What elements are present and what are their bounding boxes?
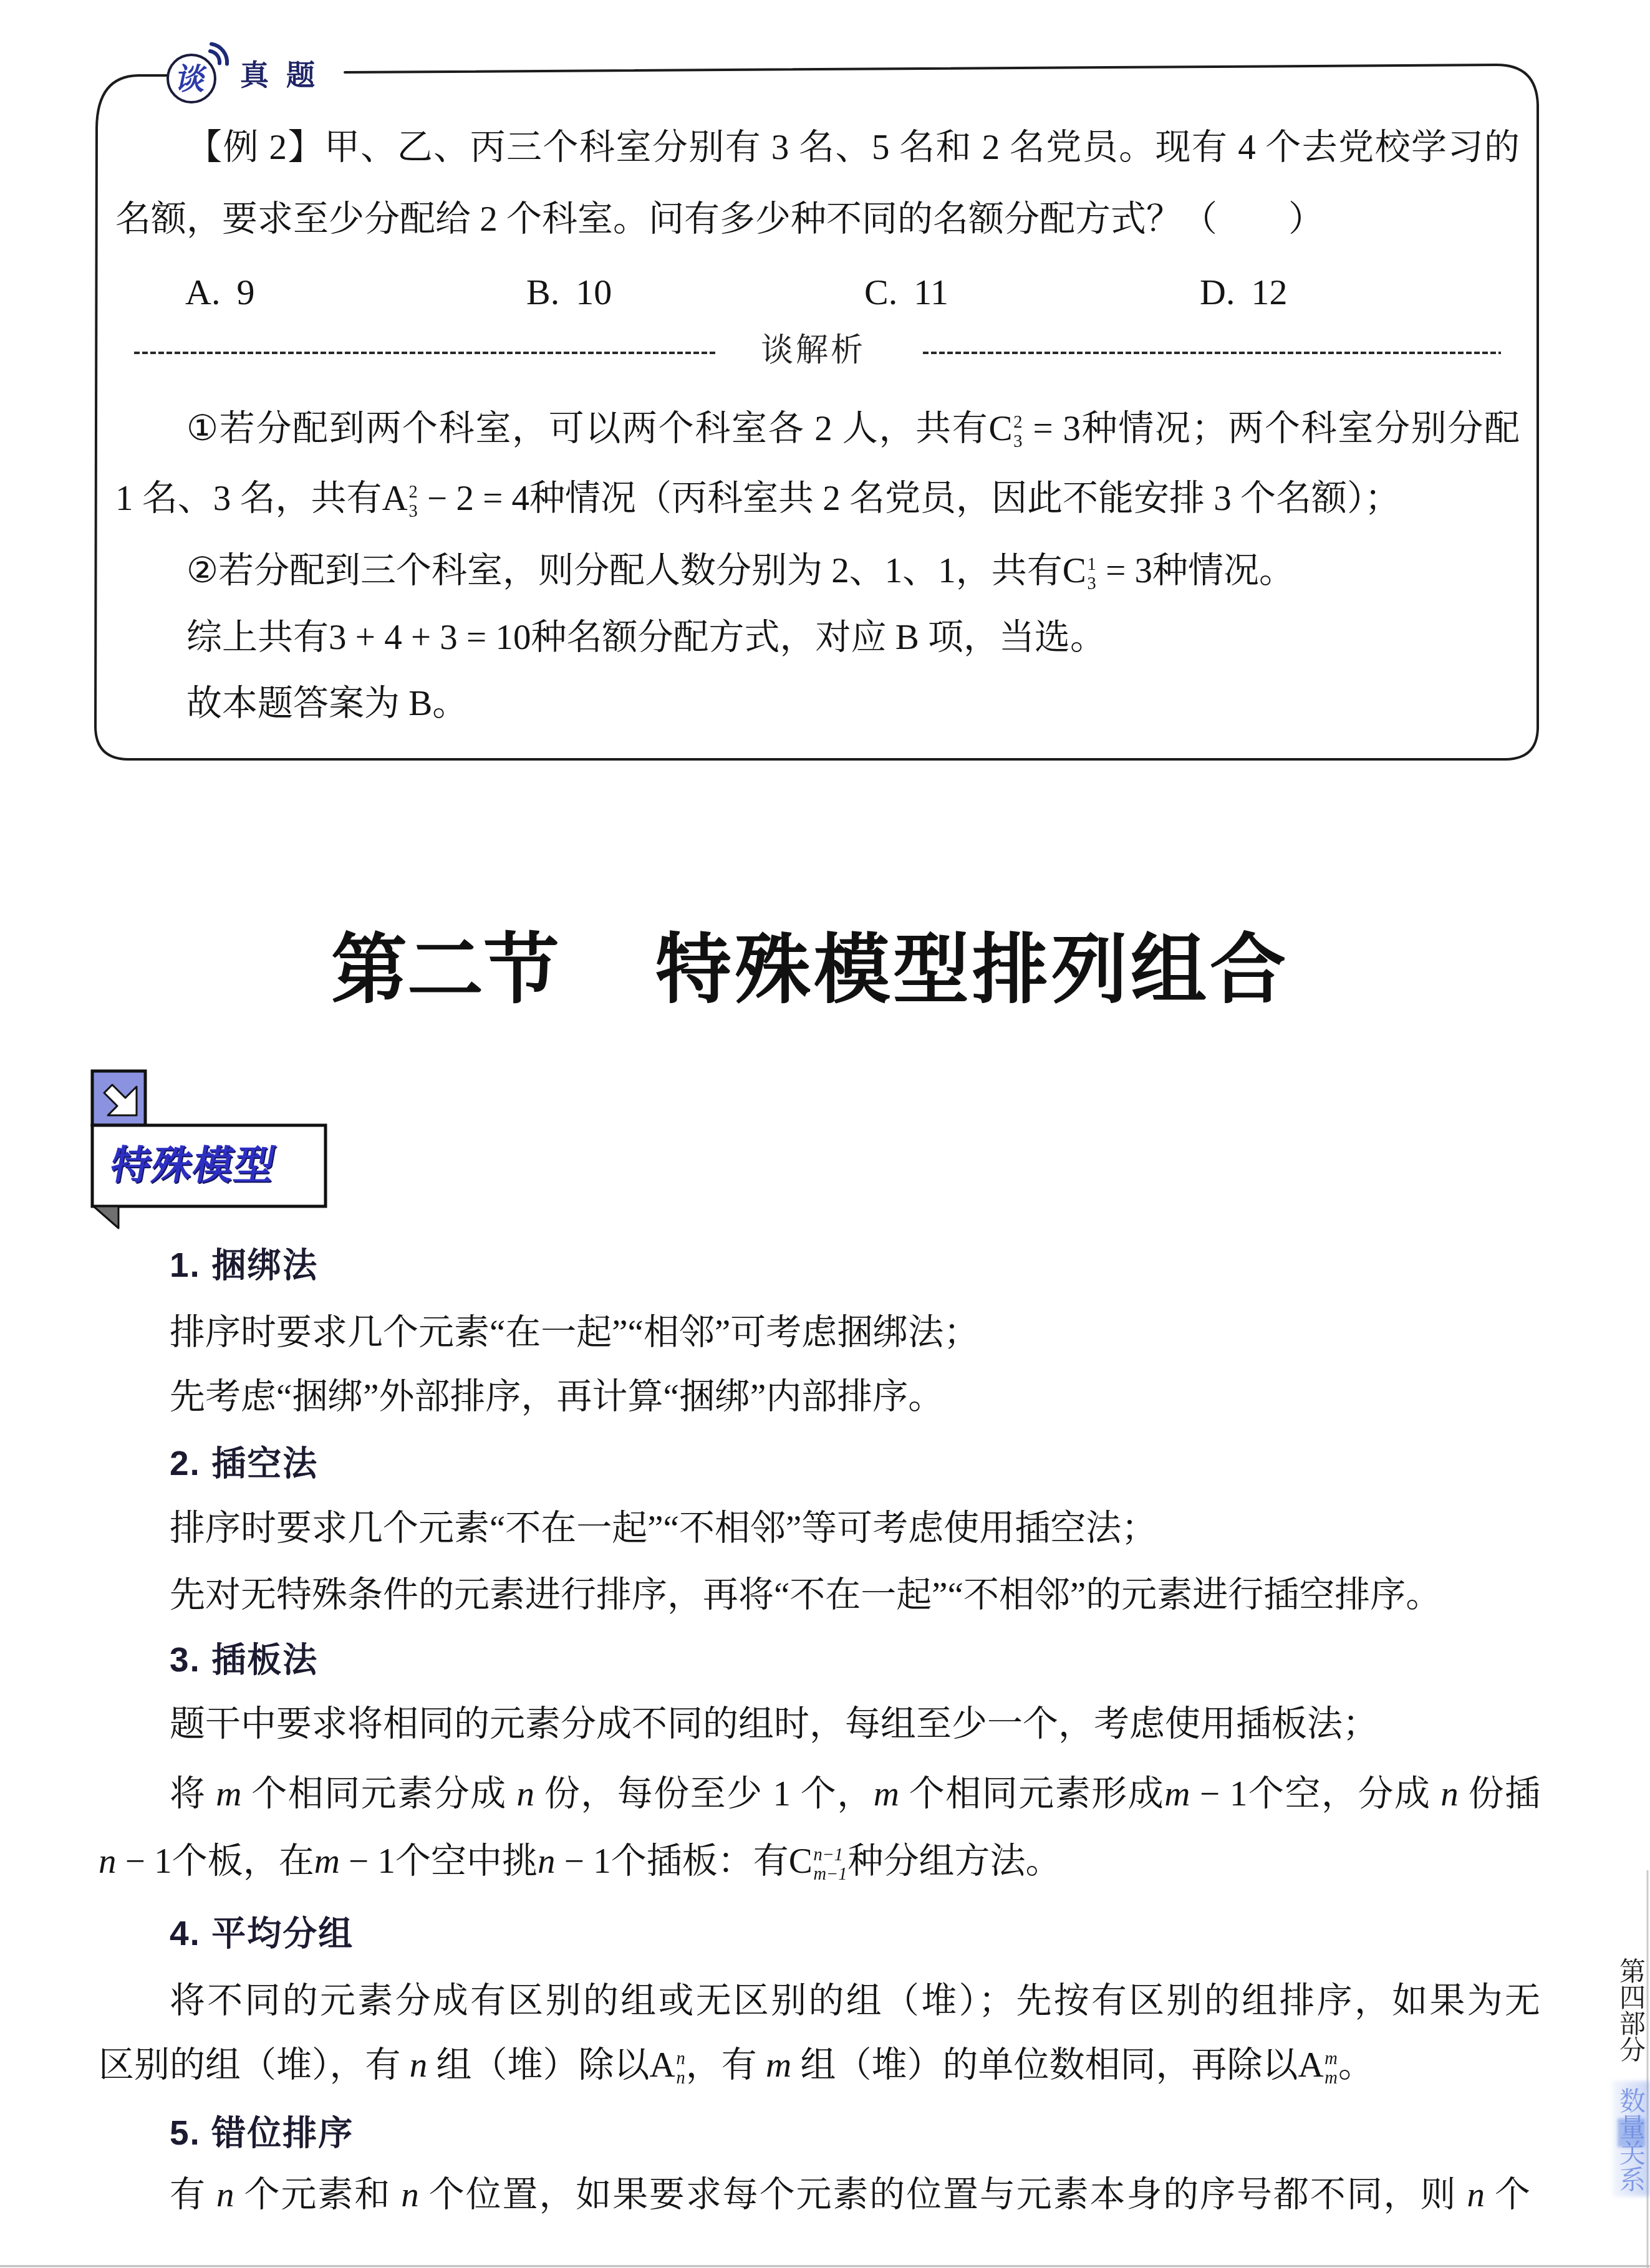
section-number: 第二节 [331, 925, 559, 1012]
analysis-text: − 2 = 4种情况（丙科室共 2 名党员，因此不能安排 3 个名额）； [418, 479, 1401, 518]
side-tab-subject: 数量关系 [1616, 2087, 1645, 2192]
analysis-text: ①若分配到两个科室，可以两个科室各 2 人，共有 [186, 409, 988, 448]
method-heading-5: 5. 错位排序 [170, 2111, 354, 2155]
analysis-answer: 故本题答案为 B。 [186, 682, 468, 726]
section-name: 特殊模型排列组合 [655, 925, 1289, 1012]
math-sub: 3 [408, 502, 417, 521]
method-4-line-1: 将不同的元素分成有区别的组或无区别的组（堆）；先按有区别的组排序，如果为无 [170, 1979, 1540, 2023]
method-1-line-2: 先考虑“捆绑”外部排序，再计算“捆绑”内部排序。 [170, 1375, 943, 1419]
text-segment: 区别的组（堆），有 [99, 2045, 410, 2085]
analysis-label: 谈解析 [761, 332, 866, 369]
math-base: C [1063, 551, 1086, 590]
math-sup: m [1324, 2049, 1338, 2069]
banner-label: 特殊模型 [107, 1141, 280, 1191]
text-segment: 组（堆）除以 [427, 2045, 649, 2085]
option-letter: A. [185, 272, 220, 312]
question-line-1: 【例 2】甲、乙、丙三个科室分别有 3 名、5 名和 2 名党员。现有 4 个去… [186, 126, 1520, 170]
option-a: A.9 [185, 271, 254, 314]
method-heading-4: 4. 平均分组 [170, 1911, 354, 1955]
text-segment: 份插 [1459, 1774, 1540, 1814]
method-1-line-1: 排序时要求几个元素“在一起”“相邻”可考虑捆绑法； [170, 1311, 979, 1355]
math-sup: 2 [408, 483, 417, 502]
math-sub: 3 [1013, 432, 1022, 451]
variable-n: n [1440, 1774, 1459, 1814]
method-3-line-2: 将 m 个相同元素分成 n 份，每份至少 1 个，m 个相同元素形成m − 1个… [170, 1772, 1540, 1816]
analysis-text: ②若分配到三个科室，则分配人数分别为 2、1、1，共有 [186, 551, 1063, 590]
math-sub: m−1 [813, 1865, 847, 1884]
analysis-text: = 3种情况；两个科室分别分配 [1023, 409, 1520, 448]
text-segment: 个位置，如果要求每个元素的位置与元素本身的序号都不同，则 [419, 2175, 1467, 2214]
question-text-1: 甲、乙、丙三个科室分别有 3 名、5 名和 2 名党员。现有 4 个去党校学习的 [324, 128, 1520, 167]
analysis-line-1: ①若分配到两个科室，可以两个科室各 2 人，共有C23 = 3种情况；两个科室分… [186, 407, 1520, 451]
text-segment: 种分组方法。 [848, 1842, 1061, 1881]
variable-m: m [1164, 1774, 1190, 1814]
text-segment: 有 [170, 2175, 216, 2214]
method-2-line-2: 先对无特殊条件的元素进行排序，再将“不在一起”“不相邻”的元素进行插空排序。 [170, 1574, 1441, 1617]
math-combination: C13 [1063, 551, 1097, 590]
method-3-line-3: n − 1个板，在m − 1个空中挑n − 1个插板：有Cn−1m−1种分组方法… [99, 1840, 1061, 1883]
banner-fold [94, 1206, 118, 1228]
math-sup: n [676, 2049, 685, 2069]
variable-m: m [314, 1842, 340, 1881]
math-scripts: 23 [408, 483, 417, 522]
variable-n: n [216, 2175, 234, 2214]
variable-n: n [1467, 2175, 1485, 2214]
option-c: C.11 [864, 271, 948, 314]
text-segment: 个相同元素形成 [899, 1774, 1164, 1814]
side-tab-part: 第四部分 [1616, 1958, 1645, 2062]
math-base: A [382, 479, 408, 518]
variable-n: n [538, 1842, 556, 1881]
variable-n: n [401, 2175, 419, 2214]
text-segment: 组（堆）的单位数相同，再除以 [791, 2045, 1298, 2085]
math-sub: m [1324, 2069, 1338, 2088]
option-value: 11 [914, 272, 948, 312]
text-segment: − 1个插板：有 [555, 1842, 788, 1881]
method-2-line-1: 排序时要求几个元素“不在一起”“不相邻”等可考虑使用插空法； [170, 1507, 1157, 1550]
option-value: 9 [236, 272, 254, 312]
text-segment: 。 [1338, 2045, 1374, 2085]
talk-logo-icon: 谈 [164, 60, 218, 99]
math-scripts: 13 [1088, 555, 1096, 594]
math-sub: n [676, 2069, 685, 2088]
box-header-label: 真题 [240, 57, 332, 92]
option-letter: C. [864, 272, 897, 312]
method-heading-2: 2. 插空法 [170, 1441, 318, 1485]
text-segment: 个 [1485, 2175, 1530, 2214]
math-combination: Cn−1m−1 [789, 1842, 848, 1881]
math-combination: C23 [988, 409, 1023, 448]
math-arrangement: Amm [1298, 2045, 1338, 2085]
variable-m: m [216, 1774, 241, 1814]
math-sup: 1 [1088, 555, 1096, 574]
method-heading-3: 3. 插板法 [170, 1638, 318, 1681]
option-value: 10 [576, 272, 612, 312]
math-arrangement: Ann [650, 2045, 686, 2085]
option-letter: B. [526, 272, 559, 312]
variable-n: n [516, 1774, 534, 1814]
variable-n: n [99, 1842, 117, 1881]
text-segment: − 1个空中挑 [340, 1842, 538, 1881]
text-segment: ，有 [686, 2045, 766, 2085]
analysis-text: 1 名、3 名，共有 [115, 479, 382, 518]
analysis-line-3: ②若分配到三个科室，则分配人数分别为 2、1、1，共有C13 = 3种情况。 [186, 549, 1295, 593]
variable-m: m [766, 2045, 791, 2085]
option-letter: D. [1200, 272, 1235, 312]
variable-n: n [410, 2045, 428, 2085]
analysis-line-4: 综上共有3 + 4 + 3 = 10种名额分配方式，对应 B 项，当选。 [186, 616, 1106, 660]
math-scripts: mm [1324, 2049, 1338, 2088]
math-sup: n−1 [813, 1845, 847, 1865]
method-5-line-1: 有 n 个元素和 n 个位置，如果要求每个元素的位置与元素本身的序号都不同，则 … [170, 2173, 1530, 2217]
math-base: C [988, 409, 1012, 448]
option-b: B.10 [526, 271, 612, 314]
math-base: A [1298, 2045, 1323, 2085]
option-value: 12 [1251, 272, 1287, 312]
analysis-text: = 3种情况。 [1097, 551, 1295, 590]
method-3-line-1: 题干中要求将相同的元素分成不同的组时，每组至少一个，考虑使用插板法； [170, 1703, 1378, 1746]
text-segment: 将 [170, 1774, 216, 1814]
math-arrangement: A23 [382, 479, 418, 518]
math-scripts: nn [676, 2049, 685, 2088]
question-line-2: 名额，要求至少分配给 2 个科室。问有多少种不同的名额分配方式？（ ） [115, 198, 1324, 241]
math-base: C [789, 1842, 813, 1881]
question-label: 【例 2】 [186, 128, 324, 167]
analysis-line-2: 1 名、3 名，共有A23 − 2 = 4种情况（丙科室共 2 名党员，因此不能… [115, 477, 1401, 521]
math-scripts: 23 [1013, 413, 1022, 452]
text-segment: 个元素和 [234, 2175, 402, 2214]
math-sub: 3 [1088, 574, 1096, 593]
text-segment: 份，每份至少 1 个， [534, 1774, 874, 1814]
option-d: D.12 [1200, 271, 1287, 314]
variable-m: m [874, 1774, 899, 1814]
method-heading-1: 1. 捆绑法 [170, 1243, 318, 1287]
math-base: A [650, 2045, 675, 2085]
text-segment: − 1个空，分成 [1190, 1774, 1440, 1814]
method-4-line-2: 区别的组（堆），有 n 组（堆）除以Ann，有 m 组（堆）的单位数相同，再除以… [99, 2044, 1374, 2087]
text-segment: − 1个板，在 [117, 1842, 314, 1881]
math-scripts: n−1m−1 [813, 1845, 847, 1885]
math-sup: 2 [1013, 413, 1022, 432]
text-segment: 个相同元素分成 [241, 1774, 516, 1814]
